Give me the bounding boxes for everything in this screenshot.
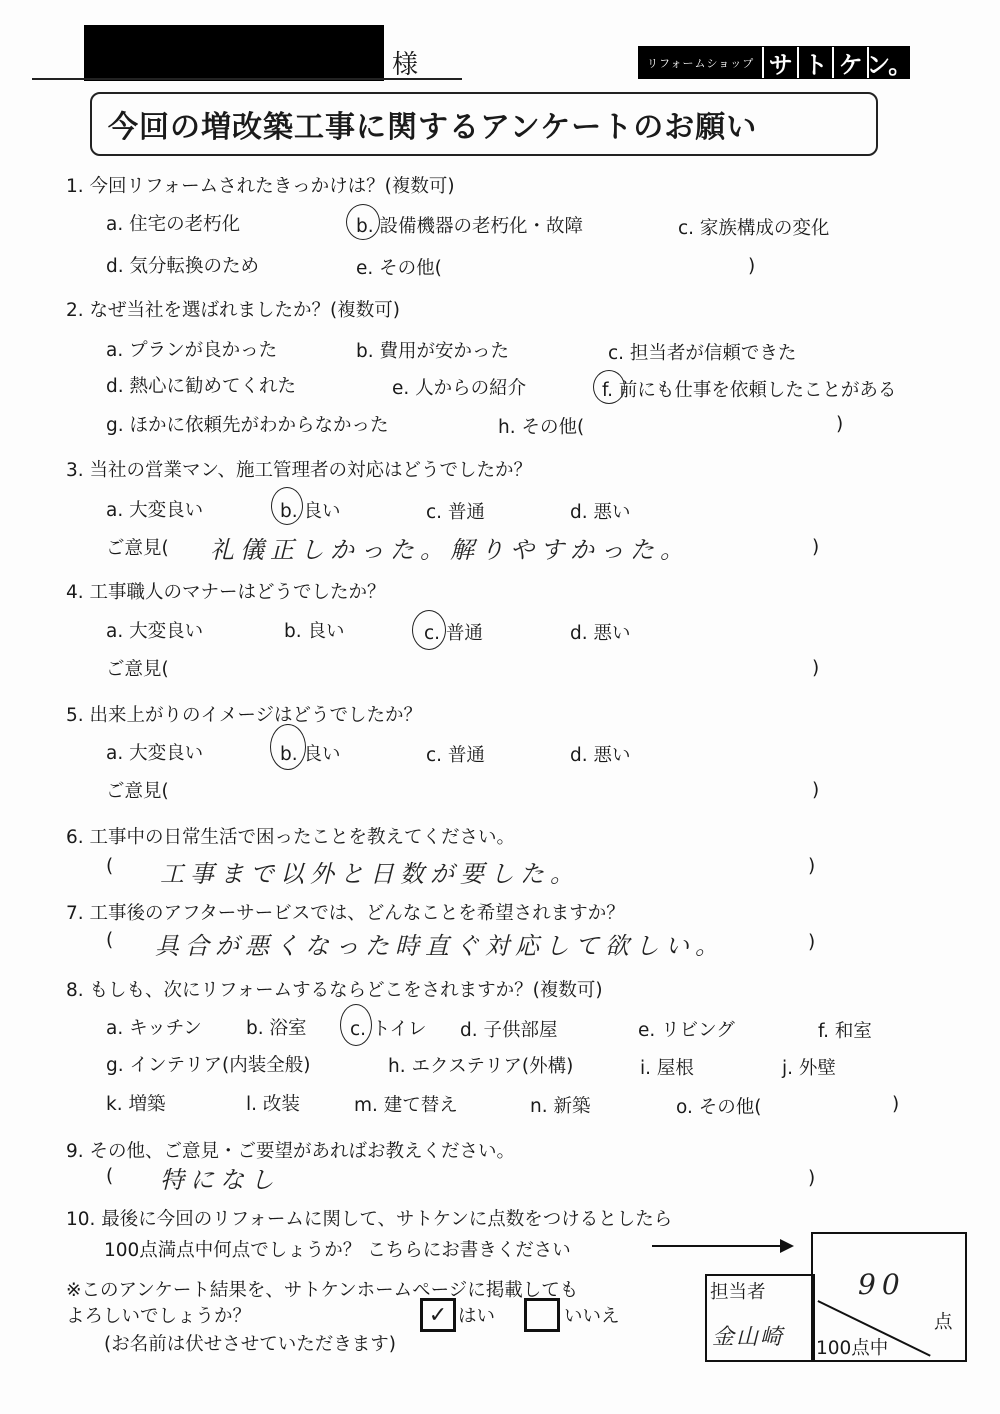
q8-option-f[interactable]: f. 和室 [818,1017,872,1043]
q9-answer-handwritten[interactable]: 特になし [160,1160,280,1195]
logo-char: ケ [832,47,867,78]
score-of-label: 100点中 [816,1334,888,1360]
consent-yes-label: はい [458,1302,495,1328]
q7-open-paren: ( [106,930,113,951]
q4-option-a[interactable]: a. 大変良い [106,617,203,643]
q5-comment-label: ご意見( [106,777,169,803]
q8-option-l[interactable]: l. 改装 [246,1090,300,1116]
q2-option-d[interactable]: d. 熱心に勧めてくれた [106,372,296,398]
question-1-label: 1. 今回リフォームされたきっかけは？(複数可) [66,172,455,198]
q4-comment-close: ) [812,658,819,679]
redacted-customer-name [84,25,384,81]
q4-comment-label: ご意見( [106,655,169,681]
q6-open-paren: ( [106,856,113,877]
q8-option-e[interactable]: e. リビング [638,1016,735,1042]
q8-option-o[interactable]: o. その他( [676,1093,761,1119]
q1-option-e-close: ) [748,256,755,277]
question-9-label: 9. その他、ご意見・ご要望があればお教えください。 [66,1137,515,1163]
q1-selection-circle [346,204,380,240]
q8-option-j[interactable]: j. 外壁 [782,1054,836,1080]
honorific: 様 [392,44,418,81]
logo-char: サ [762,47,797,78]
question-2-label: 2. なぜ当社を選ばれましたか？(複数可) [66,296,400,322]
q2-selection-circle [593,370,625,404]
q1-option-b[interactable]: b. 設備機器の老朽化・故障 [356,212,583,238]
q8-option-b[interactable]: b. 浴室 [246,1014,307,1040]
q3-comment-label: ご意見( [106,534,169,560]
q2-option-c[interactable]: c. 担当者が信頼できた [608,339,796,365]
score-handwritten[interactable]: 90 [858,1268,906,1301]
consent-no-checkbox[interactable] [524,1298,560,1332]
q1-option-c[interactable]: c. 家族構成の変化 [678,214,829,240]
consent-no-label: いいえ [564,1302,620,1328]
q2-option-e[interactable]: e. 人からの紹介 [392,374,526,400]
q3-comment-handwritten[interactable]: 礼儀正しかった。解りやすかった。 [210,530,690,565]
q4-option-d[interactable]: d. 悪い [570,619,631,645]
consent-line-2: よろしいでしょうか？ [66,1302,251,1328]
question-3-label: 3. 当社の営業マン、施工管理者の対応はどうでしたか？ [66,456,532,482]
q5-option-a[interactable]: a. 大変良い [106,739,203,765]
q1-option-a[interactable]: a. 住宅の老朽化 [106,210,240,236]
q5-selection-circle [270,724,306,770]
page-title: 今回の増改築工事に関するアンケートのお願い [108,102,757,146]
q8-option-a[interactable]: a. キッチン [106,1014,202,1040]
q8-option-n[interactable]: n. 新築 [530,1092,591,1118]
q2-option-f[interactable]: f. 前にも仕事を依頼したことがある [602,376,896,402]
q3-comment-close: ) [812,537,819,558]
score-unit: 点 [934,1308,953,1334]
q8-option-h[interactable]: h. エクステリア(外構) [388,1052,573,1078]
logo-char: ン。 [867,47,909,78]
q4-option-b[interactable]: b. 良い [284,617,345,643]
q2-option-a[interactable]: a. プランが良かった [106,336,277,362]
logo-subtitle: リフォームショップ [639,47,762,78]
consent-yes-checkbox[interactable]: ✓ [420,1298,456,1332]
question-6-label: 6. 工事中の日常生活で困ったことを教えてください。 [66,823,515,849]
q6-answer-handwritten[interactable]: 工事まで以外と日数が要した。 [160,854,580,889]
q8-option-d[interactable]: d. 子供部屋 [460,1016,558,1042]
staff-signature: 金山崎 [712,1320,784,1351]
company-logo: リフォームショップ サ ト ケ ン。 [638,46,910,79]
question-7-label: 7. 工事後のアフターサービスでは、どんなことを希望されますか？ [66,899,625,925]
q7-close-paren: ) [808,932,815,953]
q7-answer-handwritten[interactable]: 具合が悪くなった時直ぐ対応して欲しい。 [155,926,725,961]
staff-label: 担当者 [710,1278,766,1304]
q3-option-a[interactable]: a. 大変良い [106,496,203,522]
consent-line-1: ※このアンケート結果を、サトケンホームページに掲載しても [66,1276,578,1302]
question-10-label-2: 100点満点中何点でしょうか？ こちらにお書きください [104,1236,571,1262]
q8-option-o-close: ) [892,1094,899,1115]
q8-option-i[interactable]: i. 屋根 [640,1054,694,1080]
question-8-label: 8. もしも、次にリフォームするならどこをされますか？(複数可) [66,976,603,1002]
q3-selection-circle [271,487,303,525]
question-4-label: 4. 工事職人のマナーはどうでしたか？ [66,578,386,604]
q8-option-k[interactable]: k. 増築 [106,1090,165,1116]
q2-option-h[interactable]: h. その他( [498,413,584,439]
consent-line-3: (お名前は伏せさせていただきます) [104,1330,396,1356]
q1-option-d[interactable]: d. 気分転換のため [106,252,259,278]
q8-selection-circle [340,1004,372,1046]
logo-char: ト [797,47,832,78]
q2-option-b[interactable]: b. 費用が安かった [356,337,509,363]
q2-option-g[interactable]: g. ほかに依頼先がわからなかった [106,411,389,437]
q3-option-d[interactable]: d. 悪い [570,498,631,524]
q9-close-paren: ) [808,1168,815,1189]
q8-option-g[interactable]: g. インテリア(内装全般) [106,1051,310,1077]
arrow-line [652,1245,780,1247]
q5-comment-close: ) [812,780,819,801]
q8-option-m[interactable]: m. 建て替え [354,1091,458,1117]
q5-option-d[interactable]: d. 悪い [570,741,631,767]
question-5-label: 5. 出来上がりのイメージはどうでしたか？ [66,701,422,727]
q6-close-paren: ) [808,856,815,877]
question-10-label: 10. 最後に今回のリフォームに関して、サトケンに点数をつけるとしたら [66,1205,672,1231]
arrow-head-icon [780,1239,794,1253]
q5-option-c[interactable]: c. 普通 [426,741,485,767]
q3-option-c[interactable]: c. 普通 [426,498,485,524]
q1-option-e[interactable]: e. その他( [356,254,442,280]
q9-open-paren: ( [106,1166,113,1187]
q4-selection-circle [412,610,446,650]
q2-option-h-close: ) [836,414,843,435]
